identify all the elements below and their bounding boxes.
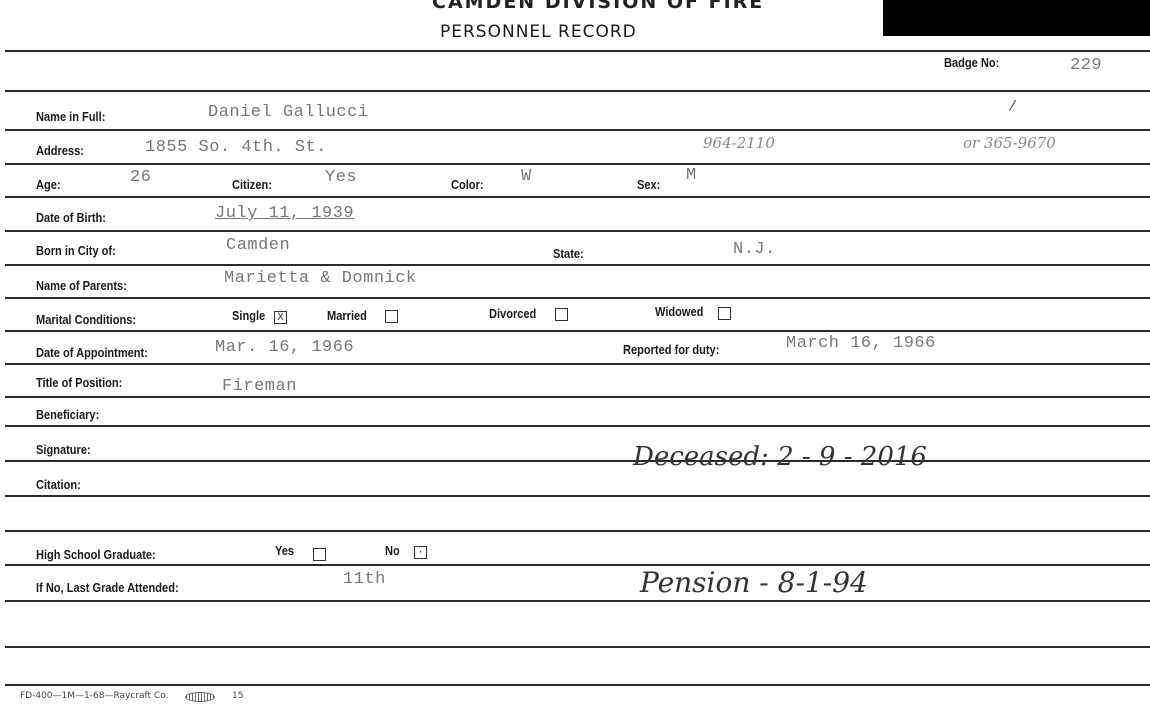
address-label: Address:	[36, 143, 84, 158]
rule	[5, 230, 1150, 232]
marital-married-label: Married	[327, 308, 367, 323]
state-label: State:	[553, 246, 584, 261]
position-value[interactable]: Fireman	[222, 377, 297, 396]
appointment-value[interactable]: Mar. 16, 1966	[215, 338, 354, 357]
name-label: Name in Full:	[36, 109, 105, 124]
citation-label: Citation:	[36, 477, 81, 492]
marital-widowed-checkbox[interactable]	[718, 307, 731, 320]
born-city-label: Born in City of:	[36, 243, 116, 258]
parents-value[interactable]: Marietta & Domnick	[224, 269, 417, 288]
reported-value[interactable]: March 16, 1966	[786, 334, 936, 353]
rule	[5, 297, 1150, 299]
page-title: PERSONNEL RECORD	[440, 22, 637, 42]
deceased-annotation: Deceased: 2 - 9 - 2016	[633, 442, 927, 472]
marital-divorced-checkbox[interactable]	[555, 308, 568, 321]
high-school-no-label: No	[385, 543, 400, 558]
color-label: Color:	[451, 177, 484, 192]
born-city-value[interactable]: Camden	[226, 236, 290, 255]
rule	[5, 460, 1150, 462]
dob-label: Date of Birth:	[36, 210, 106, 225]
marital-married-checkbox[interactable]	[385, 310, 398, 323]
rule	[5, 163, 1150, 165]
high-school-yes-checkbox[interactable]	[313, 548, 326, 561]
name-value[interactable]: Daniel Gallucci	[208, 103, 369, 122]
marital-single-checkbox[interactable]: X	[274, 311, 287, 324]
rule	[5, 564, 1150, 566]
rule	[5, 330, 1150, 332]
dob-value[interactable]: July 11, 1939	[215, 204, 354, 223]
high-school-no-checkbox[interactable]: ·	[414, 546, 427, 559]
rule	[5, 600, 1150, 602]
rule	[5, 90, 1150, 92]
reported-label: Reported for duty:	[623, 342, 719, 357]
rule	[5, 396, 1150, 398]
beneficiary-label: Beneficiary:	[36, 407, 99, 422]
phone-note-2: or 365-9670	[963, 134, 1056, 152]
badge-value[interactable]: 229	[1070, 56, 1102, 75]
rule	[5, 50, 1150, 52]
sex-label: Sex:	[637, 177, 660, 192]
badge-label: Badge No:	[944, 55, 999, 70]
citizen-label: Citizen:	[232, 177, 272, 192]
state-value[interactable]: N.J.	[733, 240, 776, 259]
marital-widowed-label: Widowed	[655, 304, 703, 319]
position-label: Title of Position:	[36, 375, 122, 390]
rule	[5, 495, 1150, 497]
rule	[5, 129, 1150, 131]
rule	[5, 684, 1150, 686]
rule	[5, 196, 1150, 198]
union-label-icon	[185, 692, 215, 702]
rule	[5, 363, 1150, 365]
marital-divorced-label: Divorced	[489, 306, 536, 321]
color-value[interactable]: W	[521, 167, 532, 186]
rule	[5, 646, 1150, 648]
last-grade-value[interactable]: 11th	[343, 570, 386, 589]
signature-label: Signature:	[36, 442, 91, 457]
high-school-label: High School Graduate:	[36, 547, 156, 562]
citizen-value[interactable]: Yes	[325, 168, 357, 187]
rule	[5, 530, 1150, 532]
last-grade-label: If No, Last Grade Attended:	[36, 580, 179, 595]
sex-value[interactable]: M	[686, 166, 697, 185]
form-code: FD-400—1M—1-68—Raycraft Co.	[20, 691, 168, 701]
marital-single-label: Single	[232, 308, 265, 323]
organization-header: CAMDEN DIVISION OF FIRE	[432, 0, 764, 13]
rule	[5, 264, 1150, 266]
rule	[5, 425, 1150, 427]
marital-label: Marital Conditions:	[36, 312, 136, 327]
page-number: 15	[232, 691, 243, 701]
age-label: Age:	[36, 177, 61, 192]
appointment-label: Date of Appointment:	[36, 345, 148, 360]
parents-label: Name of Parents:	[36, 278, 127, 293]
high-school-yes-label: Yes	[275, 543, 294, 558]
pension-annotation: Pension - 8-1-94	[640, 566, 868, 599]
redaction-box	[883, 0, 1150, 36]
age-value[interactable]: 26	[130, 168, 151, 187]
address-value[interactable]: 1855 So. 4th. St.	[145, 138, 327, 157]
phone-note-1: 964-2110	[703, 134, 775, 152]
pen-mark: /	[1008, 98, 1017, 117]
